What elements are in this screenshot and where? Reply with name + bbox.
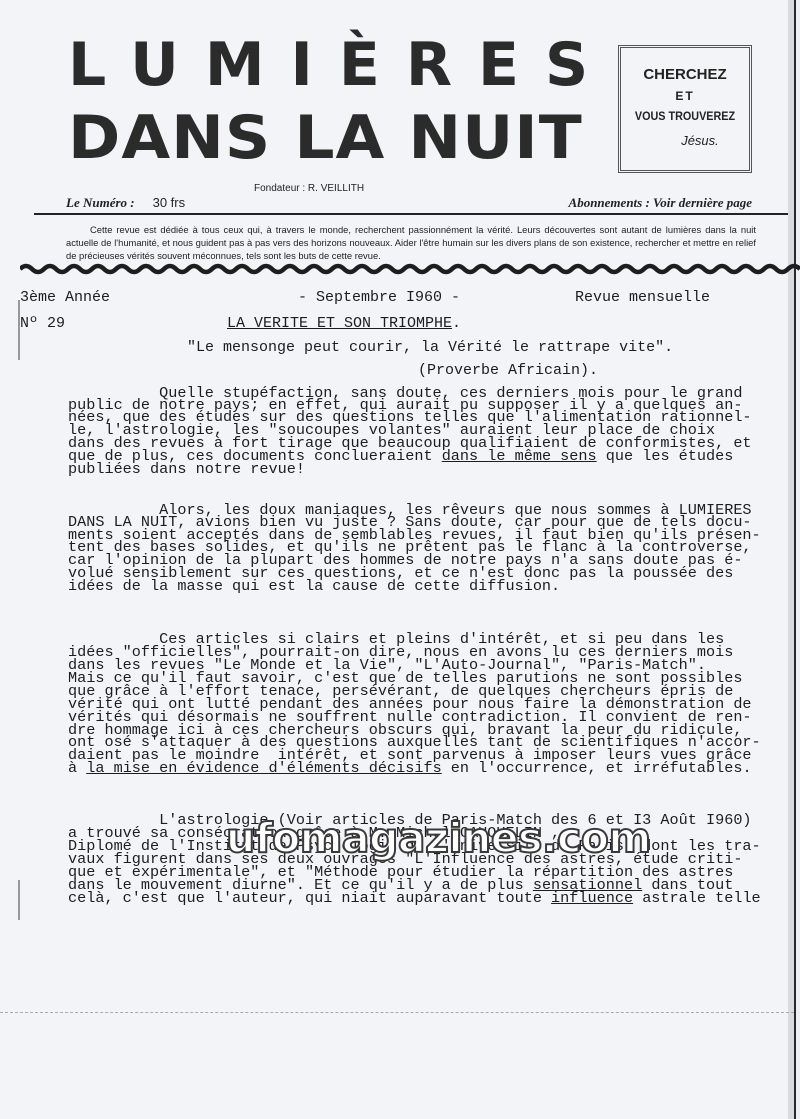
- magazine-page: LUMIÈRES DANS LA NUIT CHERCHEZ ET VOUS T…: [0, 0, 796, 1119]
- issue-year: 3ème Année: [20, 290, 110, 305]
- underlined-phrase: influence: [551, 889, 633, 907]
- article-line: publiées dans notre revue!: [68, 462, 305, 477]
- line-text: celà, c'est que l'auteur, qui niait aupa…: [68, 889, 551, 907]
- issue-number: Nº 29: [20, 316, 65, 331]
- dedication-text: Cette revue est dédiée à tous ceux qui, …: [66, 223, 756, 262]
- article-title-suffix: .: [452, 315, 461, 332]
- line-text-continued: que les études: [597, 447, 734, 465]
- line-text-continued: en l'occurrence, et irréfutables.: [442, 759, 752, 777]
- motto-attribution: Jésus.: [621, 133, 749, 148]
- line-text: idées de la masse qui est la cause de ce…: [68, 577, 560, 595]
- epigraph-source: (Proverbe Africain).: [418, 363, 598, 378]
- article-line: idées de la masse qui est la cause de ce…: [68, 579, 560, 594]
- article-title: LA VERITE ET SON TRIOMPHE.: [227, 316, 461, 331]
- masthead-title-line1: LUMIÈRES: [68, 35, 614, 95]
- motto-line3: VOUS TROUVEREZ: [627, 109, 742, 123]
- underlined-phrase: dans le même sens: [442, 447, 597, 465]
- issue-date: - Septembre I960 -: [298, 290, 460, 305]
- subscriptions-note: Abonnements : Voir dernière page: [569, 195, 752, 211]
- epigraph: "Le mensonge peut courir, la Vérité le r…: [187, 340, 673, 355]
- line-text-continued: astrale telle: [633, 889, 761, 907]
- page-edge: [788, 0, 794, 1119]
- issue-frequency: Revue mensuelle: [575, 290, 710, 305]
- fold-line: [0, 1012, 794, 1014]
- founder-credit: Fondateur : R. VEILLITH: [254, 183, 364, 194]
- motto-line1: CHERCHEZ: [621, 66, 749, 83]
- line-text: publiées dans notre revue!: [68, 460, 305, 478]
- article-title-text: LA VERITE ET SON TRIOMPHE: [227, 315, 452, 332]
- price-label: Le Numéro :: [66, 195, 135, 210]
- price-value: 30 frs: [153, 195, 186, 210]
- issue-price: Le Numéro :30 frs: [66, 195, 185, 211]
- watermark: ufomagazines.com: [226, 818, 651, 859]
- article-line: à la mise en évidence d'éléments décisif…: [68, 761, 752, 776]
- article-line: celà, c'est que l'auteur, qui niait aupa…: [68, 891, 761, 906]
- motto-box: CHERCHEZ ET VOUS TROUVEREZ Jésus.: [618, 45, 752, 173]
- header-rule: [34, 213, 788, 215]
- motto-line2: ET: [621, 89, 749, 103]
- margin-mark: [18, 880, 20, 920]
- wave-divider: [20, 262, 800, 276]
- masthead-title-line2: DANS LA NUIT: [68, 108, 583, 168]
- line-text: à: [68, 759, 86, 777]
- underlined-phrase: la mise en évidence d'éléments décisifs: [86, 759, 441, 777]
